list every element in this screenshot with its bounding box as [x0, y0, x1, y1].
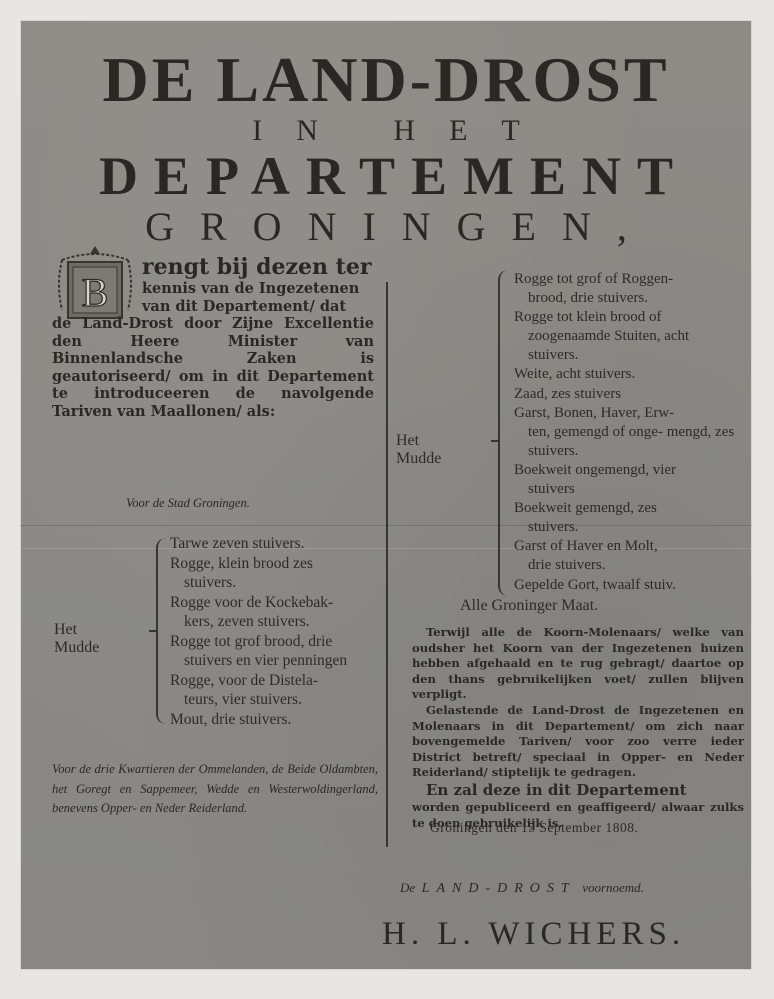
title-line-4: GRONINGEN,: [20, 206, 752, 248]
paragraph-millers: Terwijl alle de Koorn-Molenaars/ welke v…: [412, 625, 744, 703]
regions-note: Voor de drie Kwartieren der Ommelanden, …: [52, 760, 378, 819]
brace-tip: [491, 440, 499, 442]
unit-label: Het Mudde: [54, 621, 99, 657]
price-item: Weite, acht stuivers.: [514, 365, 736, 384]
title-line-2: IN HET: [20, 116, 752, 146]
price-item: Garst of Haver en Molt,drie stuivers.: [514, 537, 736, 575]
intro-paragraph: rengt bij dezen ter kennis van de Ingeze…: [52, 254, 374, 420]
price-item: Rogge voor de Kockebak-kers, zeven stuiv…: [170, 593, 382, 632]
price-item: Rogge tot grof of Roggen-brood, drie stu…: [514, 270, 736, 308]
signature-title: De LAND-DROST voornoemd.: [400, 880, 644, 897]
title-line-3: DEPARTEMENT: [20, 148, 752, 204]
price-item: Rogge tot klein brood ofzoogenaamde Stui…: [514, 308, 736, 365]
brace-tip: [149, 630, 157, 632]
brace-icon: [498, 270, 508, 596]
intro-first-line: rengt bij dezen ter: [52, 254, 374, 280]
section-heading-stad: Voor de Stad Groningen.: [126, 496, 250, 511]
ordinance-text: Terwijl alle de Koorn-Molenaars/ welke v…: [412, 625, 744, 831]
price-item: Zaad, zes stuivers: [514, 385, 736, 404]
price-item: Rogge, klein brood zesstuivers.: [170, 554, 382, 593]
intro-body: de Land-Drost door Zijne Excellentie den…: [52, 315, 374, 420]
paragraph-instructions: Gelastende de Land-Drost de Ingezetenen …: [412, 703, 744, 781]
measure-note: Alle Groninger Maat.: [460, 597, 598, 615]
price-item: Garst, Bonen, Haver, Erw-ten, gemengd of…: [514, 404, 736, 461]
title-line-1: DE LAND-DROST: [20, 48, 752, 112]
price-item: Tarwe zeven stuivers.: [170, 534, 382, 554]
price-item: Gepelde Gort, twaalf stuiv.: [514, 576, 736, 595]
unit-label: Het Mudde: [396, 432, 441, 468]
signature-name: H. L. WICHERS.: [382, 916, 685, 953]
intro-line: kennis van de Ingezetenen: [52, 280, 374, 298]
price-items: Rogge tot grof of Roggen-brood, drie stu…: [514, 270, 736, 595]
price-item: Rogge tot grof brood, driestuivers en vi…: [170, 632, 382, 671]
date-line: Groningen den 15 September 1808.: [430, 820, 638, 836]
column-divider: [386, 282, 388, 847]
price-item: Rogge, voor de Distela-teurs, vier stuiv…: [170, 671, 382, 710]
brace-icon: [156, 538, 166, 724]
price-items: Tarwe zeven stuivers. Rogge, klein brood…: [170, 534, 382, 729]
price-item: Boekweit ongemengd, vierstuivers: [514, 461, 736, 499]
price-item: Mout, drie stuivers.: [170, 710, 382, 730]
poster-sheet: DE LAND-DROST IN HET DEPARTEMENT GRONING…: [20, 20, 752, 970]
price-item: Boekweit gemengd, zesstuivers.: [514, 499, 736, 537]
intro-line: van dit Departement/ dat: [52, 298, 374, 316]
publication-lead: En zal deze in dit Departement: [412, 781, 744, 800]
